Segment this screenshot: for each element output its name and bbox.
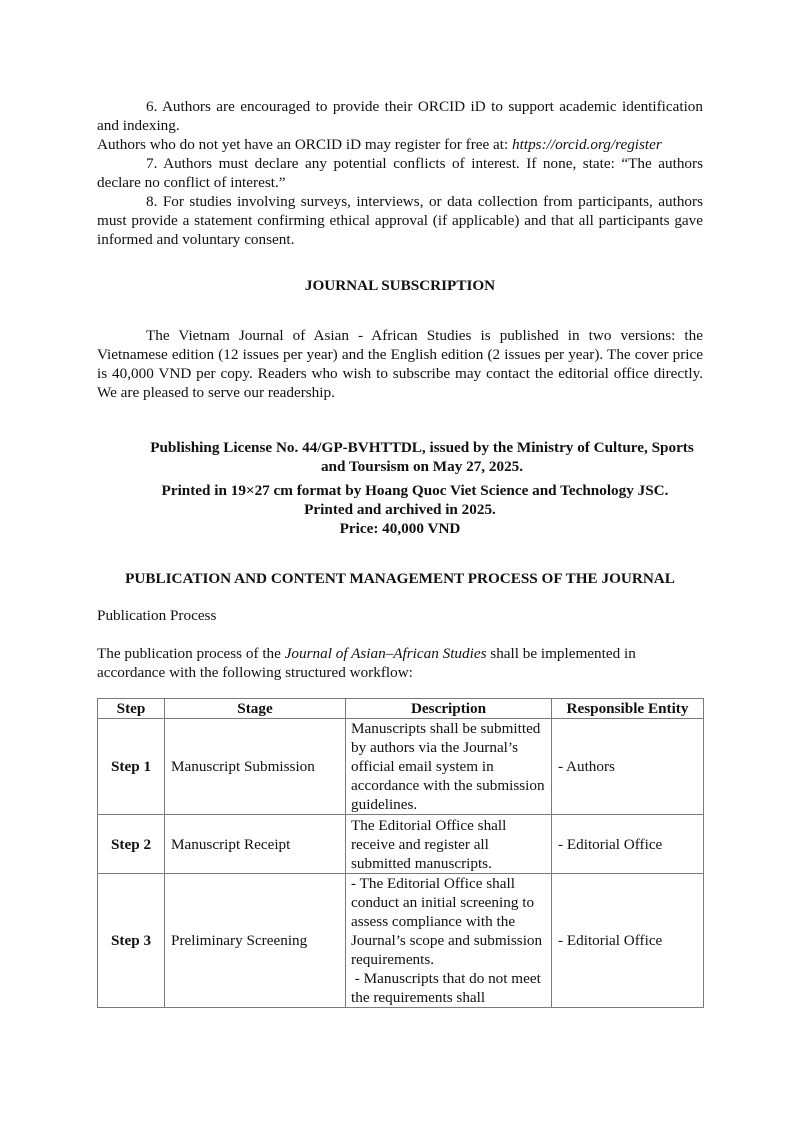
- price-info: Price: 40,000 VND: [97, 519, 703, 538]
- responsible-cell: - Authors: [552, 719, 704, 815]
- publication-process-heading: PUBLICATION AND CONTENT MANAGEMENT PROCE…: [97, 569, 703, 588]
- header-stage: Stage: [165, 699, 346, 719]
- description-cell: Manuscripts shall be submitted by author…: [346, 719, 552, 815]
- subscription-heading: JOURNAL SUBSCRIPTION: [97, 276, 703, 295]
- intro-prefix: The publication process of the: [97, 645, 285, 662]
- journal-name: Journal of Asian–African Studies: [285, 645, 487, 662]
- table-row: Step 2 Manuscript Receipt The Editorial …: [98, 815, 704, 874]
- instruction-item-8: 8. For studies involving surveys, interv…: [97, 192, 703, 249]
- instruction-item-7: 7. Authors must declare any potential co…: [97, 154, 703, 192]
- step-cell: Step 3: [98, 874, 165, 1008]
- subscription-body: The Vietnam Journal of Asian - African S…: [97, 326, 703, 402]
- description-part: - The Editorial Office shall conduct an …: [351, 875, 542, 968]
- step-cell: Step 2: [98, 815, 165, 874]
- table-row: Step 3 Preliminary Screening - The Edito…: [98, 874, 704, 1008]
- header-description: Description: [346, 699, 552, 719]
- header-responsible-entity: Responsible Entity: [552, 699, 704, 719]
- stage-cell: Manuscript Receipt: [165, 815, 346, 874]
- responsible-cell: - Editorial Office: [552, 815, 704, 874]
- publishing-license-block: Publishing License No. 44/GP-BVHTTDL, is…: [97, 438, 703, 538]
- description-part: - Manuscripts that do not meet the requi…: [351, 970, 545, 1006]
- print-format-info: Printed in 19×27 cm format by Hoang Quoc…: [127, 481, 703, 500]
- responsible-cell: - Editorial Office: [552, 874, 704, 1008]
- description-cell: - The Editorial Office shall conduct an …: [346, 874, 552, 1008]
- print-archive-info: Printed and archived in 2025.: [97, 500, 703, 519]
- orcid-register-link[interactable]: https://orcid.org/register: [512, 136, 662, 153]
- description-cell: The Editorial Office shall receive and r…: [346, 815, 552, 874]
- stage-cell: Manuscript Submission: [165, 719, 346, 815]
- header-step: Step: [98, 699, 165, 719]
- document-page: 6. Authors are encouraged to provide the…: [97, 97, 703, 249]
- stage-cell: Preliminary Screening: [165, 874, 346, 1008]
- publication-process-subheading: Publication Process: [97, 606, 216, 625]
- author-instructions: 6. Authors are encouraged to provide the…: [97, 97, 703, 249]
- orcid-registration-note: Authors who do not yet have an ORCID iD …: [97, 135, 703, 154]
- orcid-note-text: Authors who do not yet have an ORCID iD …: [97, 136, 512, 153]
- table-header-row: Step Stage Description Responsible Entit…: [98, 699, 704, 719]
- step-cell: Step 1: [98, 719, 165, 815]
- publication-intro: The publication process of the Journal o…: [97, 644, 687, 682]
- license-info: Publishing License No. 44/GP-BVHTTDL, is…: [141, 438, 703, 476]
- table-row: Step 1 Manuscript Submission Manuscripts…: [98, 719, 704, 815]
- instruction-item-6: 6. Authors are encouraged to provide the…: [97, 97, 703, 135]
- workflow-table: Step Stage Description Responsible Entit…: [97, 698, 704, 1008]
